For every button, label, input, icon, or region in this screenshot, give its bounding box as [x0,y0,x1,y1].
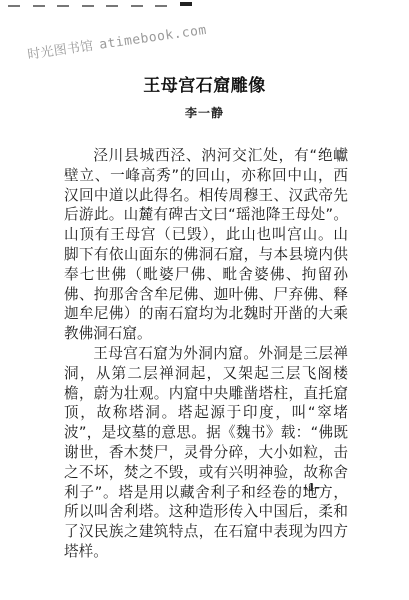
edge-mark [106,5,118,7]
article-author: 李一静 [0,104,409,121]
top-edge-marks [8,2,204,7]
page-number: -1- [303,481,320,494]
article-title: 王母宫石窟雕像 [0,71,409,96]
paragraph: 泾川县城西泾、汭河交汇处，有“绝巘壁立、一峰高秀”的回山，亦称回中山，西汉回中道… [64,146,348,344]
paragraph: 王母宫石窟为外洞内窟。外洞是三层禅洞，从第二层禅洞起，又架起三层飞阁楼檐，蔚为壮… [64,344,348,562]
edge-mark [155,5,167,7]
edge-mark [33,5,45,7]
edge-mark [57,5,69,7]
watermark-site-name: 时光图书馆 [27,39,95,63]
watermark: 时光图书馆atimebook.com [26,19,208,63]
article-body: 泾川县城西泾、汭河交汇处，有“绝巘壁立、一峰高秀”的回山，亦称回中山，西汉回中道… [64,146,348,562]
edge-mark [131,5,143,7]
edge-mark [8,5,20,7]
edge-mark [82,5,94,7]
edge-mark-dark [180,2,192,6]
watermark-url: atimebook.com [98,23,207,53]
